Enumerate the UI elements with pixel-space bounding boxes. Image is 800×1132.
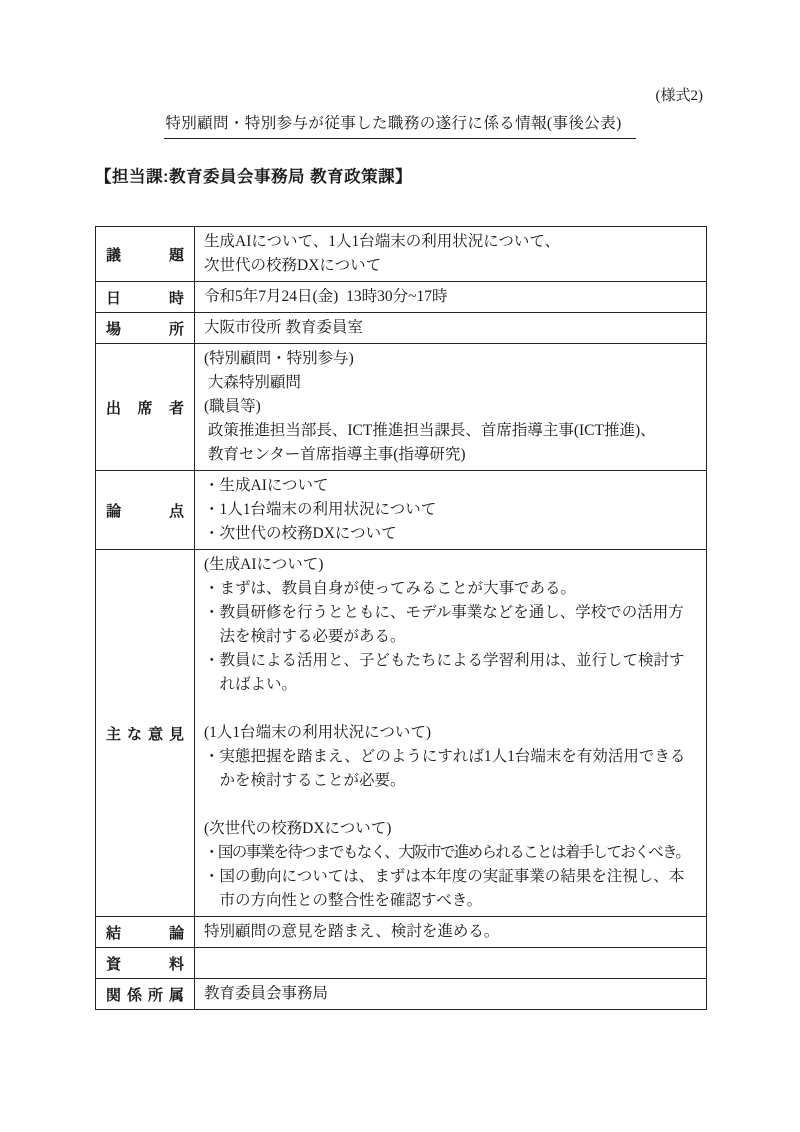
row-label: 主な意見 <box>96 550 195 917</box>
text-line: 令和5年7月24日(金) 13時30分~17時 <box>204 285 693 309</box>
row-label-text: 関係所属 <box>106 984 184 1005</box>
row-label: 論点 <box>96 471 195 550</box>
text-line: ・次世代の校務DXについて <box>204 522 693 546</box>
text-line: (1人1台端末の利用状況について) <box>204 721 693 745</box>
label-char: 料 <box>169 953 184 974</box>
text-line: (職員等) <box>204 395 693 419</box>
text-line: 次世代の校務DXについて <box>204 254 693 278</box>
label-char: 場 <box>106 318 121 339</box>
label-char: 係 <box>127 984 142 1005</box>
row-label-text: 議題 <box>106 244 184 265</box>
row-label-text: 日時 <box>106 287 184 308</box>
table-row-agenda: 議題生成AIについて、1人1台端末の利用状況について、次世代の校務DXについて <box>96 227 707 282</box>
blank-line <box>204 793 693 817</box>
text-line: ・国の動向については、まずは本年度の実証事業の結果を注視し、本市の方向性との整合… <box>204 865 693 913</box>
row-label-text: 論点 <box>106 500 184 521</box>
table-row-discussion-points: 論点・生成AIについて・1人1台端末の利用状況について・次世代の校務DXについて <box>96 471 707 550</box>
row-value: 生成AIについて、1人1台端末の利用状況について、次世代の校務DXについて <box>195 227 707 282</box>
label-char: 資 <box>106 953 121 974</box>
label-char: 論 <box>106 500 121 521</box>
text-line: 大森特別顧問 <box>204 371 693 395</box>
row-label: 資料 <box>96 948 195 979</box>
label-char: 関 <box>106 984 121 1005</box>
row-label: 日時 <box>96 282 195 313</box>
title-row: 特別顧問・特別参与が従事した職務の遂行に係る情報(事後公表) <box>95 113 705 139</box>
row-label-text: 出席者 <box>106 397 184 418</box>
label-char: 点 <box>169 500 184 521</box>
label-char: 主 <box>106 723 121 744</box>
row-value: (生成AIについて)・まずは、教員自身が使ってみることが大事である。・教員研修を… <box>195 550 707 917</box>
table-row-attendees: 出席者(特別顧問・特別参与) 大森特別顧問(職員等) 政策推進担当部長、ICT推… <box>96 344 707 471</box>
row-label: 関係所属 <box>96 979 195 1010</box>
label-char: 出 <box>106 397 121 418</box>
row-value: 特別顧問の意見を踏まえ、検討を進める。 <box>195 917 707 948</box>
text-line: ・教員による活用と、子どもたちによる学習利用は、並行して検討すればよい。 <box>204 649 693 697</box>
label-char: な <box>127 723 142 744</box>
text-line: ・まずは、教員自身が使ってみることが大事である。 <box>204 577 693 601</box>
text-line: ・教員研修を行うとともに、モデル事業などを通し、学校での活用方法を検討する必要が… <box>204 601 693 649</box>
text-line: 生成AIについて、1人1台端末の利用状況について、 <box>204 230 693 254</box>
label-char: 時 <box>169 287 184 308</box>
label-char: 結 <box>106 922 121 943</box>
document-page: (様式2) 特別顧問・特別参与が従事した職務の遂行に係る情報(事後公表) 【担当… <box>0 0 800 1132</box>
department-line: 【担当課:教育委員会事務局 教育政策課】 <box>95 166 705 189</box>
label-char: 議 <box>106 244 121 265</box>
meeting-info-table: 議題生成AIについて、1人1台端末の利用状況について、次世代の校務DXについて日… <box>95 226 707 1010</box>
text-line: ・1人1台端末の利用状況について <box>204 498 693 522</box>
label-char: 所 <box>169 318 184 339</box>
label-char: 題 <box>169 244 184 265</box>
label-char: 者 <box>169 397 184 418</box>
row-label: 議題 <box>96 227 195 282</box>
row-label: 出席者 <box>96 344 195 471</box>
row-value: 令和5年7月24日(金) 13時30分~17時 <box>195 282 707 313</box>
table-row-conclusion: 結論特別顧問の意見を踏まえ、検討を進める。 <box>96 917 707 948</box>
text-line: (特別顧問・特別参与) <box>204 347 693 371</box>
row-label-text: 場所 <box>106 318 184 339</box>
label-char: 席 <box>137 397 152 418</box>
row-label: 場所 <box>96 313 195 344</box>
form-number: (様式2) <box>95 86 705 106</box>
row-value: 教育委員会事務局 <box>195 979 707 1010</box>
text-line: ・実態把握を踏まえ、どのようにすれば1人1台端末を有効活用できるかを検討すること… <box>204 745 693 793</box>
row-value: (特別顧問・特別参与) 大森特別顧問(職員等) 政策推進担当部長、ICT推進担当… <box>195 344 707 471</box>
row-value <box>195 948 707 979</box>
label-char: 所 <box>148 984 163 1005</box>
row-label-text: 資料 <box>106 953 184 974</box>
table-row-location: 場所大阪市役所 教育委員室 <box>96 313 707 344</box>
blank-line <box>204 697 693 721</box>
label-char: 見 <box>169 723 184 744</box>
text-line: (生成AIについて) <box>204 553 693 577</box>
table-row-main-opinions: 主な意見(生成AIについて)・まずは、教員自身が使ってみることが大事である。・教… <box>96 550 707 917</box>
table-row-related-division: 関係所属教育委員会事務局 <box>96 979 707 1010</box>
row-value: 大阪市役所 教育委員室 <box>195 313 707 344</box>
table-row-datetime: 日時令和5年7月24日(金) 13時30分~17時 <box>96 282 707 313</box>
label-char: 日 <box>106 287 121 308</box>
text-line: 教育センター首席指導主事(指導研究) <box>204 443 693 467</box>
text-line: ・生成AIについて <box>204 474 693 498</box>
row-value: ・生成AIについて・1人1台端末の利用状況について・次世代の校務DXについて <box>195 471 707 550</box>
text-line: (次世代の校務DXについて) <box>204 817 693 841</box>
text-line: 大阪市役所 教育委員室 <box>204 316 693 340</box>
text-line: 政策推進担当部長、ICT推進担当課長、首席指導主事(ICT推進)、 <box>204 419 693 443</box>
blank-line <box>204 951 693 975</box>
text-line: ・国の事業を待つまでもなく、大阪市で進められることは着手しておくべき。 <box>204 841 693 865</box>
meeting-table-body: 議題生成AIについて、1人1台端末の利用状況について、次世代の校務DXについて日… <box>96 227 707 1010</box>
document-title: 特別顧問・特別参与が従事した職務の遂行に係る情報(事後公表) <box>164 113 635 139</box>
row-label: 結論 <box>96 917 195 948</box>
label-char: 意 <box>148 723 163 744</box>
row-label-text: 主な意見 <box>106 723 184 744</box>
label-char: 論 <box>169 922 184 943</box>
label-char: 属 <box>169 984 184 1005</box>
text-line: 教育委員会事務局 <box>204 982 693 1006</box>
text-line: 特別顧問の意見を踏まえ、検討を進める。 <box>204 920 693 944</box>
table-row-materials: 資料 <box>96 948 707 979</box>
row-label-text: 結論 <box>106 922 184 943</box>
